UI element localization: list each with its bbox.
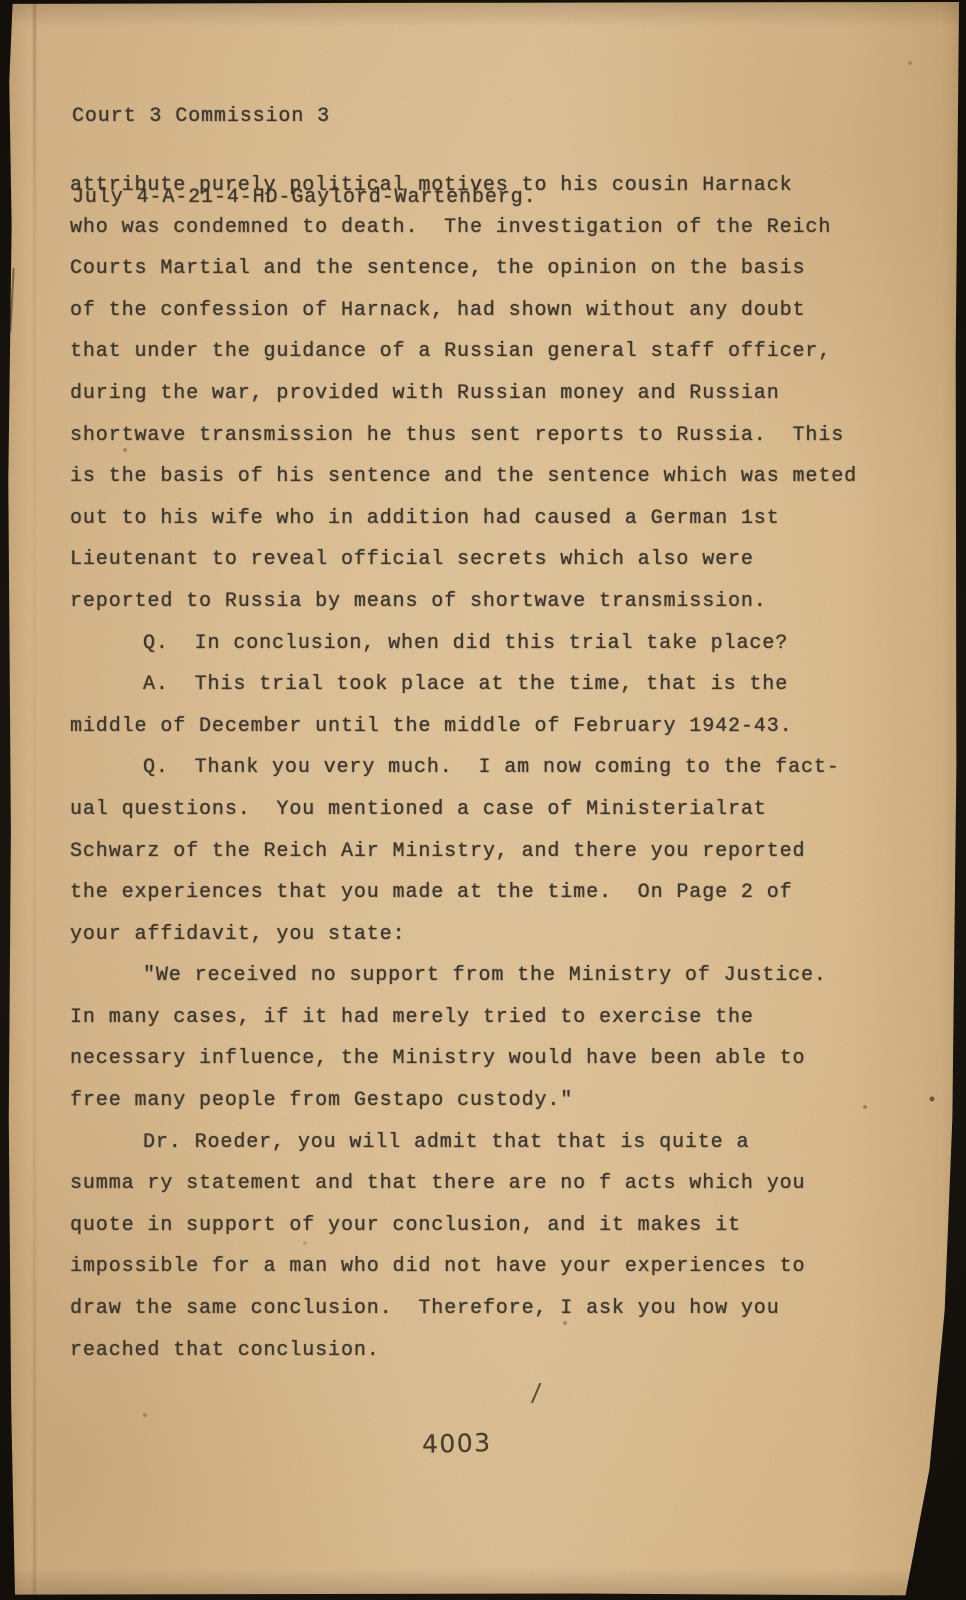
text-line: reached that conclusion. bbox=[70, 1330, 930, 1372]
text-line: Courts Martial and the sentence, the opi… bbox=[70, 248, 930, 290]
text-line: during the war, provided with Russian mo… bbox=[70, 373, 930, 415]
text-line: necessary influence, the Ministry would … bbox=[70, 1038, 930, 1080]
paper-crease bbox=[33, 2, 36, 1597]
text-line: "We received no support from the Ministr… bbox=[70, 955, 930, 997]
text-line: attribute purely political motives to hi… bbox=[70, 165, 930, 207]
handwritten-slash-mark: / bbox=[531, 1378, 542, 1408]
text-line: Q. In conclusion, when did this trial ta… bbox=[70, 623, 930, 665]
text-line: summa ry statement and that there are no… bbox=[70, 1163, 930, 1205]
text-line: of the confession of Harnack, had shown … bbox=[70, 290, 930, 332]
text-line: Lieutenant to reveal official secrets wh… bbox=[70, 539, 930, 581]
text-line: A. This trial took place at the time, th… bbox=[70, 664, 930, 706]
text-line: Q. Thank you very much. I am now coming … bbox=[70, 747, 930, 789]
text-line: is the basis of his sentence and the sen… bbox=[70, 456, 930, 498]
document-body: attribute purely political motives to hi… bbox=[70, 165, 930, 1371]
margin-stroke bbox=[9, 268, 14, 332]
text-line: your affidavit, you state: bbox=[70, 914, 930, 956]
text-line: reported to Russia by means of shortwave… bbox=[70, 581, 930, 623]
text-line: Schwarz of the Reich Air Ministry, and t… bbox=[70, 831, 930, 873]
document-page: Court 3 Commission 3 July 4-A-21-4-HD-Ga… bbox=[4, 2, 960, 1597]
text-line: impossible for a man who did not have yo… bbox=[70, 1246, 930, 1288]
scan-background: Court 3 Commission 3 July 4-A-21-4-HD-Ga… bbox=[0, 0, 966, 1600]
text-line: the experiences that you made at the tim… bbox=[70, 872, 930, 914]
text-line: who was condemned to death. The investig… bbox=[70, 207, 930, 249]
page-number: 4003 bbox=[422, 1428, 492, 1459]
paper-flecks bbox=[4, 2, 6, 4]
text-line: draw the same conclusion. Therefore, I a… bbox=[70, 1288, 930, 1330]
text-line: out to his wife who in addition had caus… bbox=[70, 498, 930, 540]
text-line: middle of December until the middle of F… bbox=[70, 706, 930, 748]
text-line: free many people from Gestapo custody." bbox=[70, 1080, 930, 1122]
text-line: that under the guidance of a Russian gen… bbox=[70, 331, 930, 373]
text-line: In many cases, if it had merely tried to… bbox=[70, 997, 930, 1039]
header-court-line: Court 3 Commission 3 bbox=[72, 103, 536, 130]
text-line: shortwave transmission he thus sent repo… bbox=[70, 415, 930, 457]
text-line: quote in support of your conclusion, and… bbox=[70, 1205, 930, 1247]
text-line: ual questions. You mentioned a case of M… bbox=[70, 789, 930, 831]
text-line: Dr. Roeder, you will admit that that is … bbox=[70, 1122, 930, 1164]
